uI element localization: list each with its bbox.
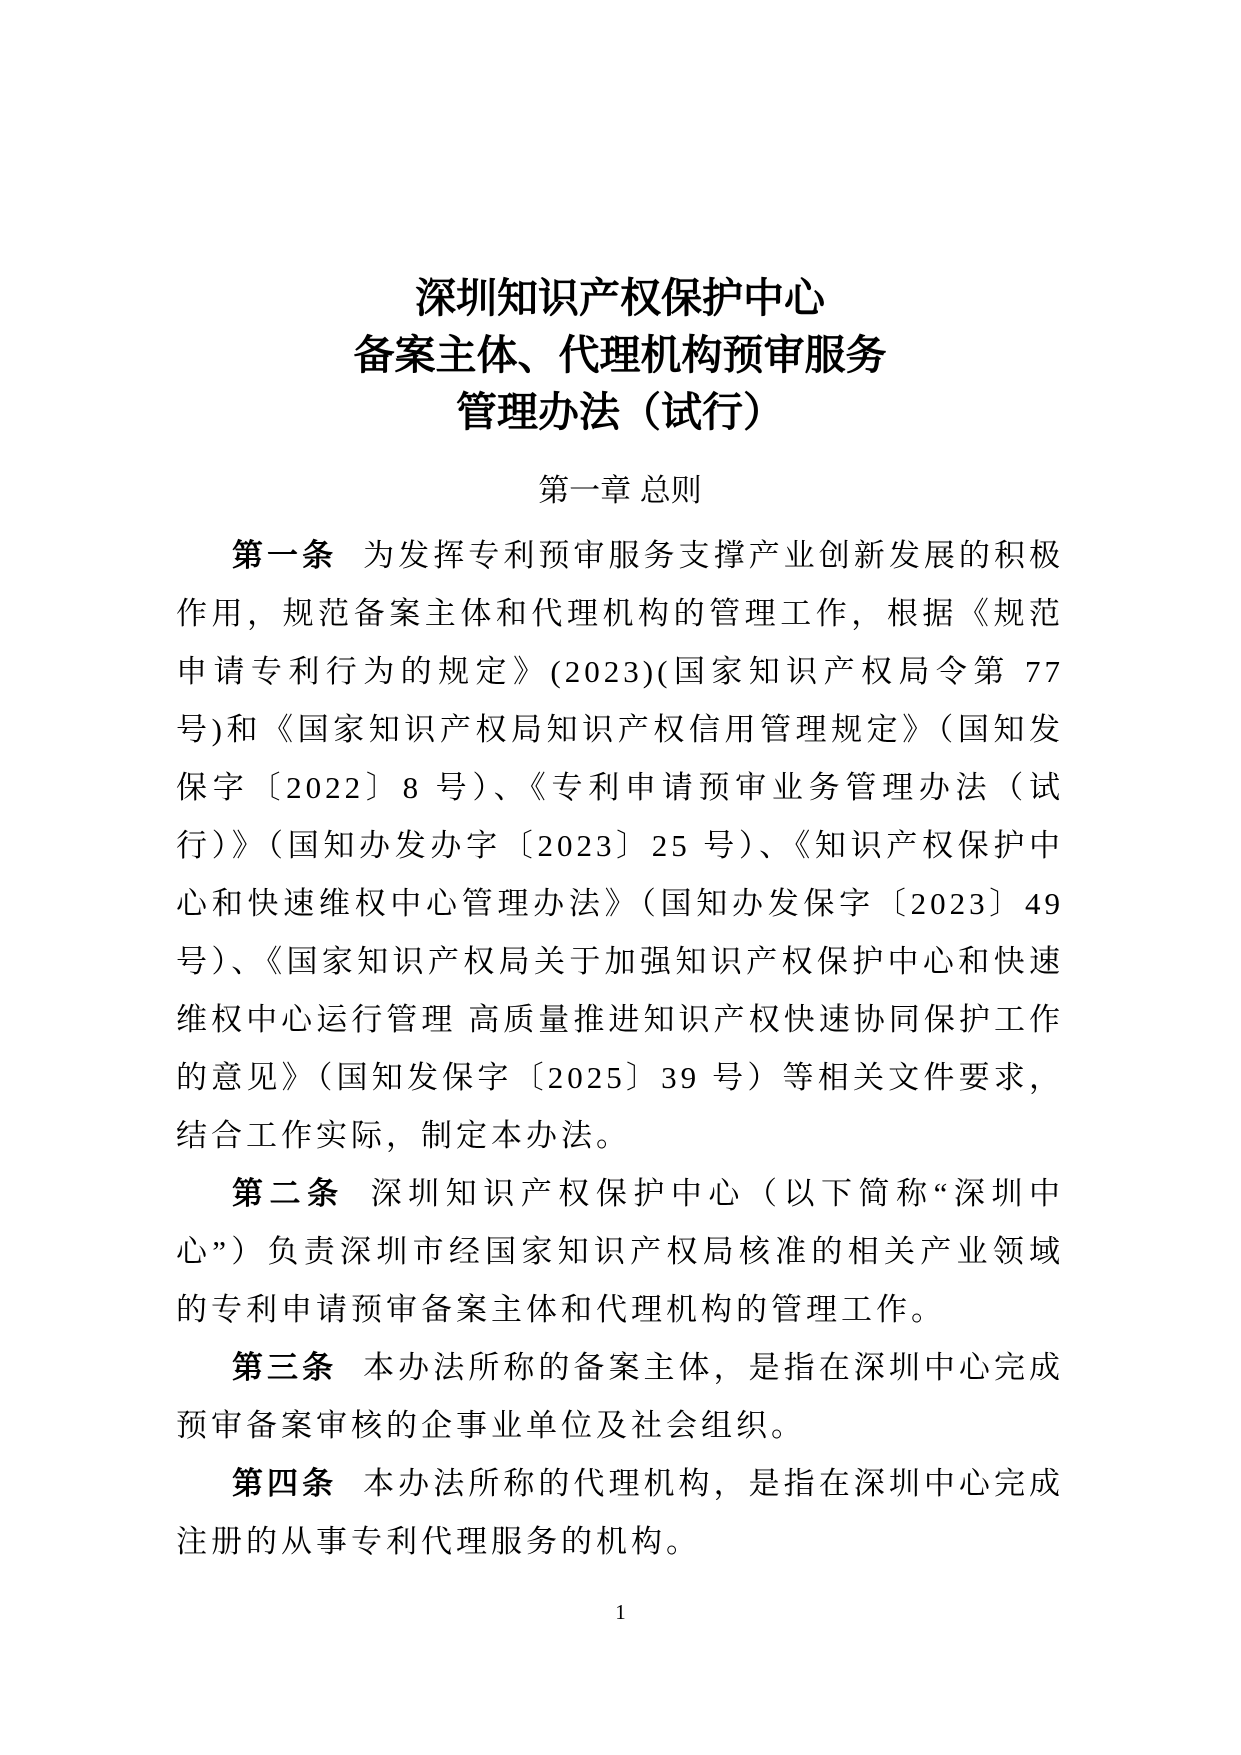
document-body: 第一条为发挥专利预审服务支撑产业创新发展的积极作用，规范备案主体和代理机构的管理… [176, 527, 1064, 1571]
article-number-2: 第二条 [232, 1176, 371, 1211]
document-title-line-2: 备案主体、代理机构预审服务 [176, 327, 1064, 384]
article-paragraph-1: 第一条为发挥专利预审服务支撑产业创新发展的积极作用，规范备案主体和代理机构的管理… [176, 527, 1064, 1165]
article-number-4: 第四条 [232, 1466, 363, 1501]
chapter-heading: 第一章 总则 [176, 471, 1064, 511]
article-paragraph-2: 第二条深圳知识产权保护中心（以下简称“深圳中心”）负责深圳市经国家知识产权局核准… [176, 1165, 1064, 1339]
article-paragraph-3: 第三条本办法所称的备案主体，是指在深圳中心完成预审备案审核的企事业单位及社会组织… [176, 1339, 1064, 1455]
document-title-line-1: 深圳知识产权保护中心 [176, 270, 1064, 327]
document-content: 深圳知识产权保护中心 备案主体、代理机构预审服务 管理办法（试行） 第一章 总则… [176, 270, 1064, 1571]
article-number-3: 第三条 [232, 1350, 363, 1385]
page-number: 1 [0, 1598, 1241, 1626]
document-page: 深圳知识产权保护中心 备案主体、代理机构预审服务 管理办法（试行） 第一章 总则… [0, 0, 1241, 1755]
document-title: 深圳知识产权保护中心 备案主体、代理机构预审服务 管理办法（试行） [176, 270, 1064, 441]
article-text-1: 为发挥专利预审服务支撑产业创新发展的积极作用，规范备案主体和代理机构的管理工作，… [176, 538, 1064, 1153]
article-paragraph-4: 第四条本办法所称的代理机构，是指在深圳中心完成注册的从事专利代理服务的机构。 [176, 1455, 1064, 1571]
document-title-line-3: 管理办法（试行） [176, 384, 1064, 441]
article-number-1: 第一条 [232, 538, 363, 573]
